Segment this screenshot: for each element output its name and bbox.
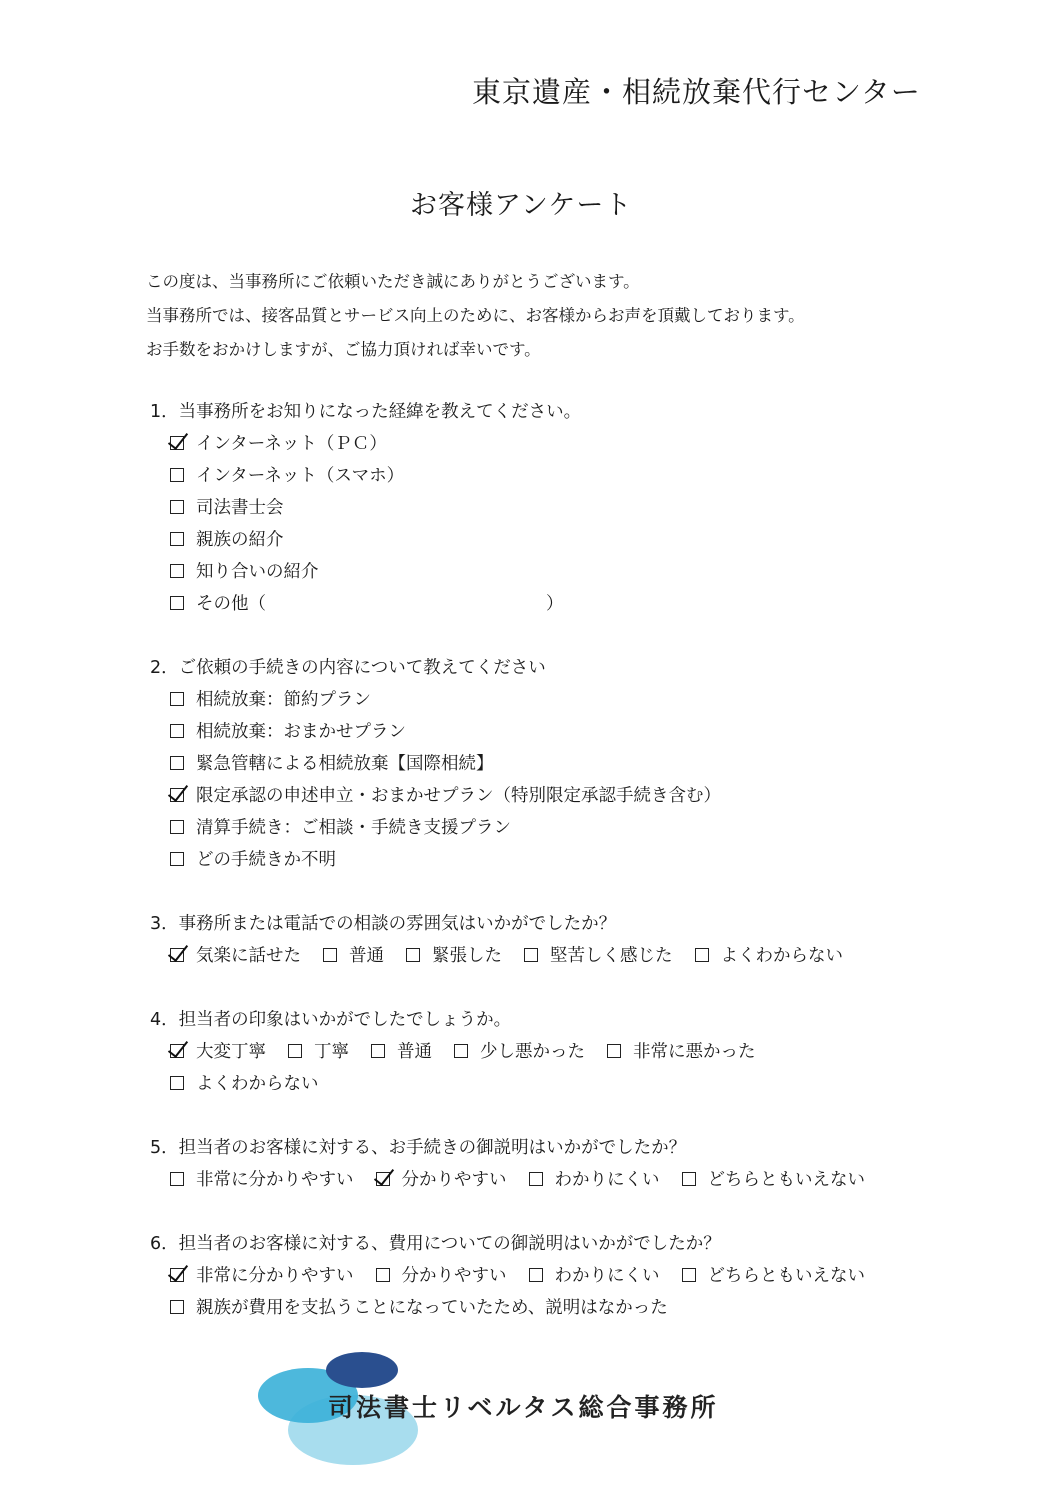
option-label: 限定承認の申述申立・おまかせプラン（特別限定承認手続き含む）	[196, 782, 721, 807]
checkbox-checked-icon[interactable]	[170, 948, 184, 962]
option-label: 少し悪かった	[480, 1038, 585, 1063]
option-label: どちらともいえない	[708, 1262, 866, 1287]
organization-name: 東京遺産・相続放棄代行センター	[472, 70, 921, 111]
option-label: インターネット（スマホ）	[196, 462, 404, 487]
checkbox-icon[interactable]	[682, 1268, 696, 1282]
checkbox-icon[interactable]	[170, 852, 184, 866]
question-3-label: 3．事務所または電話での相談の雰囲気はいかがでしたか？	[150, 910, 616, 935]
checkbox-icon[interactable]	[170, 500, 184, 514]
checkbox-icon[interactable]	[170, 692, 184, 706]
option-label: 緊急管轄による相続放棄【国際相続】	[196, 750, 494, 775]
logo-ellipse-dark-icon	[326, 1352, 398, 1388]
option-label: 非常に悪かった	[633, 1038, 756, 1063]
option-label: 普通	[349, 942, 384, 967]
q4-option-polite[interactable]: 丁寧	[288, 1038, 349, 1063]
q3-option-stiff[interactable]: 堅苦しく感じた	[524, 942, 673, 967]
q2-option-international[interactable]: 緊急管轄による相続放棄【国際相続】	[170, 750, 494, 775]
q6-option-very-clear[interactable]: 非常に分かりやすい	[170, 1262, 354, 1287]
q5-option-neutral[interactable]: どちらともいえない	[682, 1166, 866, 1191]
checkbox-checked-icon[interactable]	[170, 1044, 184, 1058]
checkbox-icon[interactable]	[323, 948, 337, 962]
q5-option-unclear[interactable]: わかりにくい	[529, 1166, 660, 1191]
q4-option-very-bad[interactable]: 非常に悪かった	[607, 1038, 756, 1063]
option-label: 分かりやすい	[402, 1166, 507, 1191]
q6-option-neutral[interactable]: どちらともいえない	[682, 1262, 866, 1287]
checkbox-icon[interactable]	[524, 948, 538, 962]
intro-line: お手数をおかけしますが、ご協力頂ければ幸いです。	[146, 336, 541, 360]
q4-option-unsure[interactable]: よくわからない	[170, 1070, 319, 1095]
option-label: 清算手続き：ご相談・手続き支援プラン	[196, 814, 511, 839]
checkbox-checked-icon[interactable]	[376, 1172, 390, 1186]
checkbox-checked-icon[interactable]	[170, 1268, 184, 1282]
option-label: どちらともいえない	[708, 1166, 866, 1191]
checkbox-icon[interactable]	[170, 564, 184, 578]
checkbox-icon[interactable]	[371, 1044, 385, 1058]
q1-option-internet-smartphone[interactable]: インターネット（スマホ）	[170, 462, 404, 487]
checkbox-icon[interactable]	[170, 1076, 184, 1090]
question-1-label: 1．当事務所をお知りになった経緯を教えてください。	[150, 398, 581, 423]
checkbox-icon[interactable]	[288, 1044, 302, 1058]
q4-option-very-polite[interactable]: 大変丁寧	[170, 1038, 266, 1063]
question-2-label: 2．ご依頼の手続きの内容について教えてください	[150, 654, 546, 679]
q6-option-paid-by-relative[interactable]: 親族が費用を支払うことになっていたため、説明はなかった	[170, 1294, 668, 1319]
option-label: 相続放棄：おまかせプラン	[196, 718, 406, 743]
intro-line: 当事務所では、接客品質とサービス向上のために、お客様からお声を頂戴しております。	[146, 302, 805, 326]
question-4-label: 4．担当者の印象はいかがでしたでしょうか。	[150, 1006, 511, 1031]
checkbox-icon[interactable]	[607, 1044, 621, 1058]
option-label: その他（ ）	[196, 590, 564, 615]
q3-option-normal[interactable]: 普通	[323, 942, 384, 967]
option-label: 大変丁寧	[196, 1038, 266, 1063]
q2-option-savings-plan[interactable]: 相続放棄：節約プラン	[170, 686, 371, 711]
survey-title: お客様アンケート	[410, 183, 632, 222]
checkbox-checked-icon[interactable]	[170, 436, 184, 450]
option-label: わかりにくい	[555, 1262, 660, 1287]
q3-option-nervous[interactable]: 緊張した	[406, 942, 502, 967]
q1-option-bar-association[interactable]: 司法書士会	[170, 494, 284, 519]
checkbox-icon[interactable]	[170, 1172, 184, 1186]
checkbox-icon[interactable]	[170, 532, 184, 546]
checkbox-icon[interactable]	[682, 1172, 696, 1186]
option-label: インターネット（ＰＣ）	[196, 430, 387, 455]
checkbox-icon[interactable]	[376, 1268, 390, 1282]
question-5-label: 5．担当者のお客様に対する、お手続きの御説明はいかがでしたか？	[150, 1134, 686, 1159]
q4-option-normal[interactable]: 普通	[371, 1038, 432, 1063]
q1-option-other[interactable]: その他（ ）	[170, 590, 564, 615]
q6-option-clear[interactable]: 分かりやすい	[376, 1262, 507, 1287]
q2-option-limited-approval[interactable]: 限定承認の申述申立・おまかせプラン（特別限定承認手続き含む）	[170, 782, 721, 807]
option-label: 非常に分かりやすい	[196, 1166, 354, 1191]
q1-option-relative-referral[interactable]: 親族の紹介	[170, 526, 284, 551]
option-label: わかりにくい	[555, 1166, 660, 1191]
checkbox-icon[interactable]	[170, 1300, 184, 1314]
option-label: 相続放棄：節約プラン	[196, 686, 371, 711]
q5-option-very-clear[interactable]: 非常に分かりやすい	[170, 1166, 354, 1191]
q2-option-liquidation[interactable]: 清算手続き：ご相談・手続き支援プラン	[170, 814, 511, 839]
option-label: 普通	[397, 1038, 432, 1063]
q2-option-omakase-plan[interactable]: 相続放棄：おまかせプラン	[170, 718, 406, 743]
checkbox-icon[interactable]	[170, 468, 184, 482]
option-label: 非常に分かりやすい	[196, 1262, 354, 1287]
q3-option-relaxed[interactable]: 気楽に話せた	[170, 942, 301, 967]
option-label: 知り合いの紹介	[196, 558, 319, 583]
office-logo: 司法書士リベルタス総合事務所	[248, 1340, 808, 1470]
checkbox-icon[interactable]	[170, 596, 184, 610]
option-label: 気楽に話せた	[196, 942, 301, 967]
option-label: 分かりやすい	[402, 1262, 507, 1287]
option-label: どの手続きか不明	[196, 846, 336, 871]
question-6-label: 6．担当者のお客様に対する、費用についての御説明はいかがでしたか？	[150, 1230, 721, 1255]
option-label: 堅苦しく感じた	[550, 942, 673, 967]
q4-option-slightly-bad[interactable]: 少し悪かった	[454, 1038, 585, 1063]
option-label: 親族が費用を支払うことになっていたため、説明はなかった	[196, 1294, 668, 1319]
checkbox-icon[interactable]	[695, 948, 709, 962]
intro-line: この度は、当事務所にご依頼いただき誠にありがとうございます。	[146, 268, 640, 292]
q1-option-internet-pc[interactable]: インターネット（ＰＣ）	[170, 430, 387, 455]
option-label: 丁寧	[314, 1038, 349, 1063]
q5-option-clear[interactable]: 分かりやすい	[376, 1166, 507, 1191]
checkbox-checked-icon[interactable]	[170, 788, 184, 802]
option-label: 司法書士会	[196, 494, 284, 519]
checkbox-icon[interactable]	[170, 756, 184, 770]
option-label: よくわからない	[196, 1070, 319, 1095]
q1-option-acquaintance-referral[interactable]: 知り合いの紹介	[170, 558, 319, 583]
checkbox-icon[interactable]	[529, 1172, 543, 1186]
checkbox-icon[interactable]	[406, 948, 420, 962]
checkbox-icon[interactable]	[529, 1268, 543, 1282]
option-label: 緊張した	[432, 942, 502, 967]
q6-option-unclear[interactable]: わかりにくい	[529, 1262, 660, 1287]
checkbox-icon[interactable]	[454, 1044, 468, 1058]
logo-text: 司法書士リベルタス総合事務所	[328, 1388, 719, 1424]
option-label: 親族の紹介	[196, 526, 284, 551]
q2-option-unknown[interactable]: どの手続きか不明	[170, 846, 336, 871]
q3-option-unsure[interactable]: よくわからない	[695, 942, 844, 967]
checkbox-icon[interactable]	[170, 724, 184, 738]
option-label: よくわからない	[721, 942, 844, 967]
checkbox-icon[interactable]	[170, 820, 184, 834]
